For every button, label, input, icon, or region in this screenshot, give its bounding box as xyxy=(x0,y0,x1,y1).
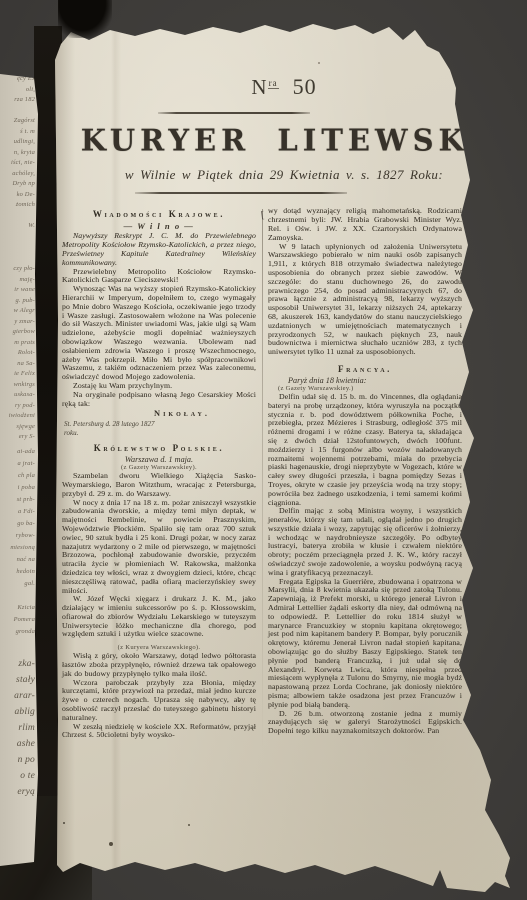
adjacent-page-text-fragment xyxy=(0,211,35,222)
adjacent-page-text-fragment: ko De- xyxy=(0,190,35,201)
issue-number: Nra50 xyxy=(55,74,513,100)
adjacent-page-text-fragment: ch pla xyxy=(0,470,35,482)
adjacent-page-text-fragment: udlingi, xyxy=(0,137,35,148)
adjacent-page-text-fragment: Dryb np xyxy=(0,179,35,190)
adjacent-page-text-fragment: y zmar- xyxy=(0,317,35,328)
adjacent-page-text-fragment: maję- xyxy=(0,275,35,286)
article-paragraph: W zeszłą niedzielę w kościele XX. Reform… xyxy=(62,723,256,741)
article-dateline: Paryż dnia 18 kwietnia: xyxy=(268,376,462,385)
adjacent-page-text-fragment: stały xyxy=(0,672,35,688)
adjacent-page-text-fragment xyxy=(0,106,35,117)
section-heading: Królewstwo Polskie. xyxy=(62,443,256,453)
issue-number-value: 50 xyxy=(293,74,317,99)
adjacent-page-fragments: ai-adaa jrat-ch plai pobast prb-a Fdi-go… xyxy=(0,446,35,638)
article-paragraph: W 9 latach upłynionych od założenia Uniw… xyxy=(268,243,462,357)
article-paragraph: W. Józef Węcki xięgarz i drukarz J. K. M… xyxy=(62,595,256,639)
header-rule xyxy=(158,112,310,114)
adjacent-page-text-fragment: ir wane xyxy=(0,285,35,296)
newspaper-page: Nra50 KURYER LITEWSKI w Wilnie w Piątek … xyxy=(55,20,513,895)
article-paragraph: Delfin mając z sobą Ministra woyny, i ws… xyxy=(268,507,462,577)
article-paragraph: wy dotąd wyznający religią mahometańską.… xyxy=(268,207,462,242)
source-attribution: (z Kuryera Warszawskiego). xyxy=(62,644,256,651)
adjacent-page-text-fragment: ashe xyxy=(0,736,35,752)
adjacent-page-text-fragment: rza 182 xyxy=(0,95,35,106)
adjacent-page-text-fragment: iści, nie- xyxy=(0,158,35,169)
source-attribution: (z Gazety Warszawskiey). xyxy=(62,464,256,471)
article-paragraph: Szambelan dworu Wielkiego Xiążęcia Sasko… xyxy=(62,472,256,498)
adjacent-page-text-fragment: sjęwge xyxy=(0,422,35,433)
adjacent-page-text-fragment: rlim xyxy=(0,720,35,736)
adjacent-page-text-fragment: gal. xyxy=(0,578,35,590)
imperial-signature: Nikołay. xyxy=(62,409,256,418)
place-and-date: St. Petersburg d. 28 lutego 1827 roku. xyxy=(64,420,160,437)
paper-speckles xyxy=(63,822,65,824)
adjacent-page-text-fragment: i poba xyxy=(0,482,35,494)
adjacent-page-text-fragment: ęcy Ex xyxy=(0,74,35,85)
adjacent-page-text-fragment: Pomera xyxy=(0,614,35,626)
article-paragraph: Na oryginale podpisano własną Jego Cesar… xyxy=(62,391,256,409)
section-heading: Wiadomości Krajowe. xyxy=(62,209,256,219)
adjacent-page-text-fragment: w Alegr xyxy=(0,306,35,317)
article-paragraph: D. 26 b.m. otworzoną zostanie jedna z mu… xyxy=(268,710,462,736)
adjacent-page-text-fragment: ie Felix xyxy=(0,369,35,380)
adjacent-page-text-fragment: W. xyxy=(0,221,35,232)
adjacent-page-text-fragment: ai-ada xyxy=(0,446,35,458)
city-subheading: — W i l n o — xyxy=(62,221,256,231)
article-paragraph: Delfin udał się d. 15 b. m. do Vincennes… xyxy=(268,393,462,507)
adjacent-page-text-fragment: n, kryta xyxy=(0,148,35,159)
adjacent-page-text-fragment: o te xyxy=(0,768,35,784)
left-column: Wiadomości Krajowe. — W i l n o — Naywyż… xyxy=(62,207,256,740)
adjacent-page-text-fragment: hedoin xyxy=(0,566,35,578)
adjacent-page-text-fragment: eryą xyxy=(0,784,35,800)
article-paragraph: Przewielebny Metropolito Kościołow Rzyms… xyxy=(62,268,256,286)
adjacent-page-text-fragment: wnkirgs xyxy=(0,380,35,391)
article-paragraph: Fregata Egipska la Guerrière, zbudowana … xyxy=(268,578,462,710)
adjacent-page-text-fragment: nać na xyxy=(0,554,35,566)
adjacent-page-text-fragment: a jrat- xyxy=(0,458,35,470)
adjacent-page-text-fragment: ablig xyxy=(0,704,35,720)
adjacent-page-text-fragment: oli, xyxy=(0,85,35,96)
article-paragraph: Wczora parobczak przybyły zza Błonia, mi… xyxy=(62,679,256,723)
adjacent-page-text-fragment: Kzicia xyxy=(0,602,35,614)
article-columns: [ Wiadomości Krajowe. — W i l n o — Nayw… xyxy=(55,207,513,740)
adjacent-page-text-fragment: ery S- xyxy=(0,432,35,443)
adjacent-page-fragments: czy pło-maję-ir waneg. pub-w Alegry zmar… xyxy=(0,264,35,443)
adjacent-page-text-fragment: na Sa- xyxy=(0,359,35,370)
pencil-margin-mark: [ xyxy=(260,210,264,221)
masthead-dateline: w Wilnie w Piątek dnia 29 Kwietnia v. s.… xyxy=(55,167,513,183)
right-column: wy dotąd wyznający religią mahometańską.… xyxy=(268,207,462,740)
adjacent-page-text-fragment: żomich xyxy=(0,200,35,211)
header-rule xyxy=(135,192,347,194)
adjacent-page-text-fragment: iwiodżeni xyxy=(0,411,35,422)
article-dateline: Warszawa d. 1 maja. xyxy=(62,455,256,464)
adjacent-page-text-fragment: a Fdi- xyxy=(0,506,35,518)
adjacent-page-edge: ęcy Exoli,rza 182Zagórstś t. mudlingi,n,… xyxy=(0,74,38,866)
adjacent-page-text-fragment: czy pło- xyxy=(0,264,35,275)
adjacent-page-text-fragment: miesioną xyxy=(0,542,35,554)
adjacent-page-text-fragment: ś t. m xyxy=(0,127,35,138)
adjacent-page-text-fragment: rybow- xyxy=(0,530,35,542)
adjacent-page-text-fragment: gierbow xyxy=(0,327,35,338)
dark-tear-blob xyxy=(58,0,112,38)
adjacent-page-text-fragment xyxy=(0,242,35,253)
adjacent-page-text-fragment: go ba- xyxy=(0,518,35,530)
adjacent-page-fragments: zka-stałyarar-abligrlimashen poo teeryą xyxy=(0,656,35,800)
adjacent-page-text-fragment: Zagórst xyxy=(0,116,35,127)
column-divider xyxy=(262,209,263,749)
adjacent-page-text-fragment: gronda xyxy=(0,626,35,638)
adjacent-page-text-fragment xyxy=(0,590,35,602)
adjacent-page-text-fragment: m prats xyxy=(0,338,35,349)
adjacent-page-text-fragment: Rolot- xyxy=(0,348,35,359)
issue-superscript: ra xyxy=(268,78,279,89)
scan-background: ęcy Exoli,rza 182Zagórstś t. mudlingi,n,… xyxy=(0,0,527,900)
adjacent-page-text-fragment: ry pod- xyxy=(0,401,35,412)
article-paragraph: Wisłą z góry, około Warszawy, dotąd ledw… xyxy=(62,652,256,678)
article-paragraph: Naywyższy Reskrypt J. C. M. do Przewiele… xyxy=(62,232,256,267)
source-attribution: (z Gazety Warszawskiey.) xyxy=(268,385,462,392)
newspaper-title: KURYER LITEWSKI xyxy=(55,122,513,157)
adjacent-page-text-fragment: g. pub- xyxy=(0,296,35,307)
adjacent-page-text-fragment xyxy=(0,232,35,243)
issue-prefix: N xyxy=(251,75,267,99)
adjacent-page-text-fragment: arar- xyxy=(0,688,35,704)
adjacent-page-text-fragment: st prb- xyxy=(0,494,35,506)
adjacent-page-text-fragment: uskasa- xyxy=(0,390,35,401)
adjacent-page-text-fragment: n po xyxy=(0,752,35,768)
section-heading: Francya. xyxy=(268,364,462,374)
adjacent-page-text-fragment: achóley, xyxy=(0,169,35,180)
article-paragraph: W nocy z dnia 17 na 18 z. m. pożar znisz… xyxy=(62,499,256,596)
adjacent-page-text-fragment: zka- xyxy=(0,656,35,672)
adjacent-page-fragments: ęcy Exoli,rza 182Zagórstś t. mudlingi,n,… xyxy=(0,74,35,253)
article-paragraph: Wynosząc Was na wyższy stopień Rzymsko-K… xyxy=(62,285,256,382)
